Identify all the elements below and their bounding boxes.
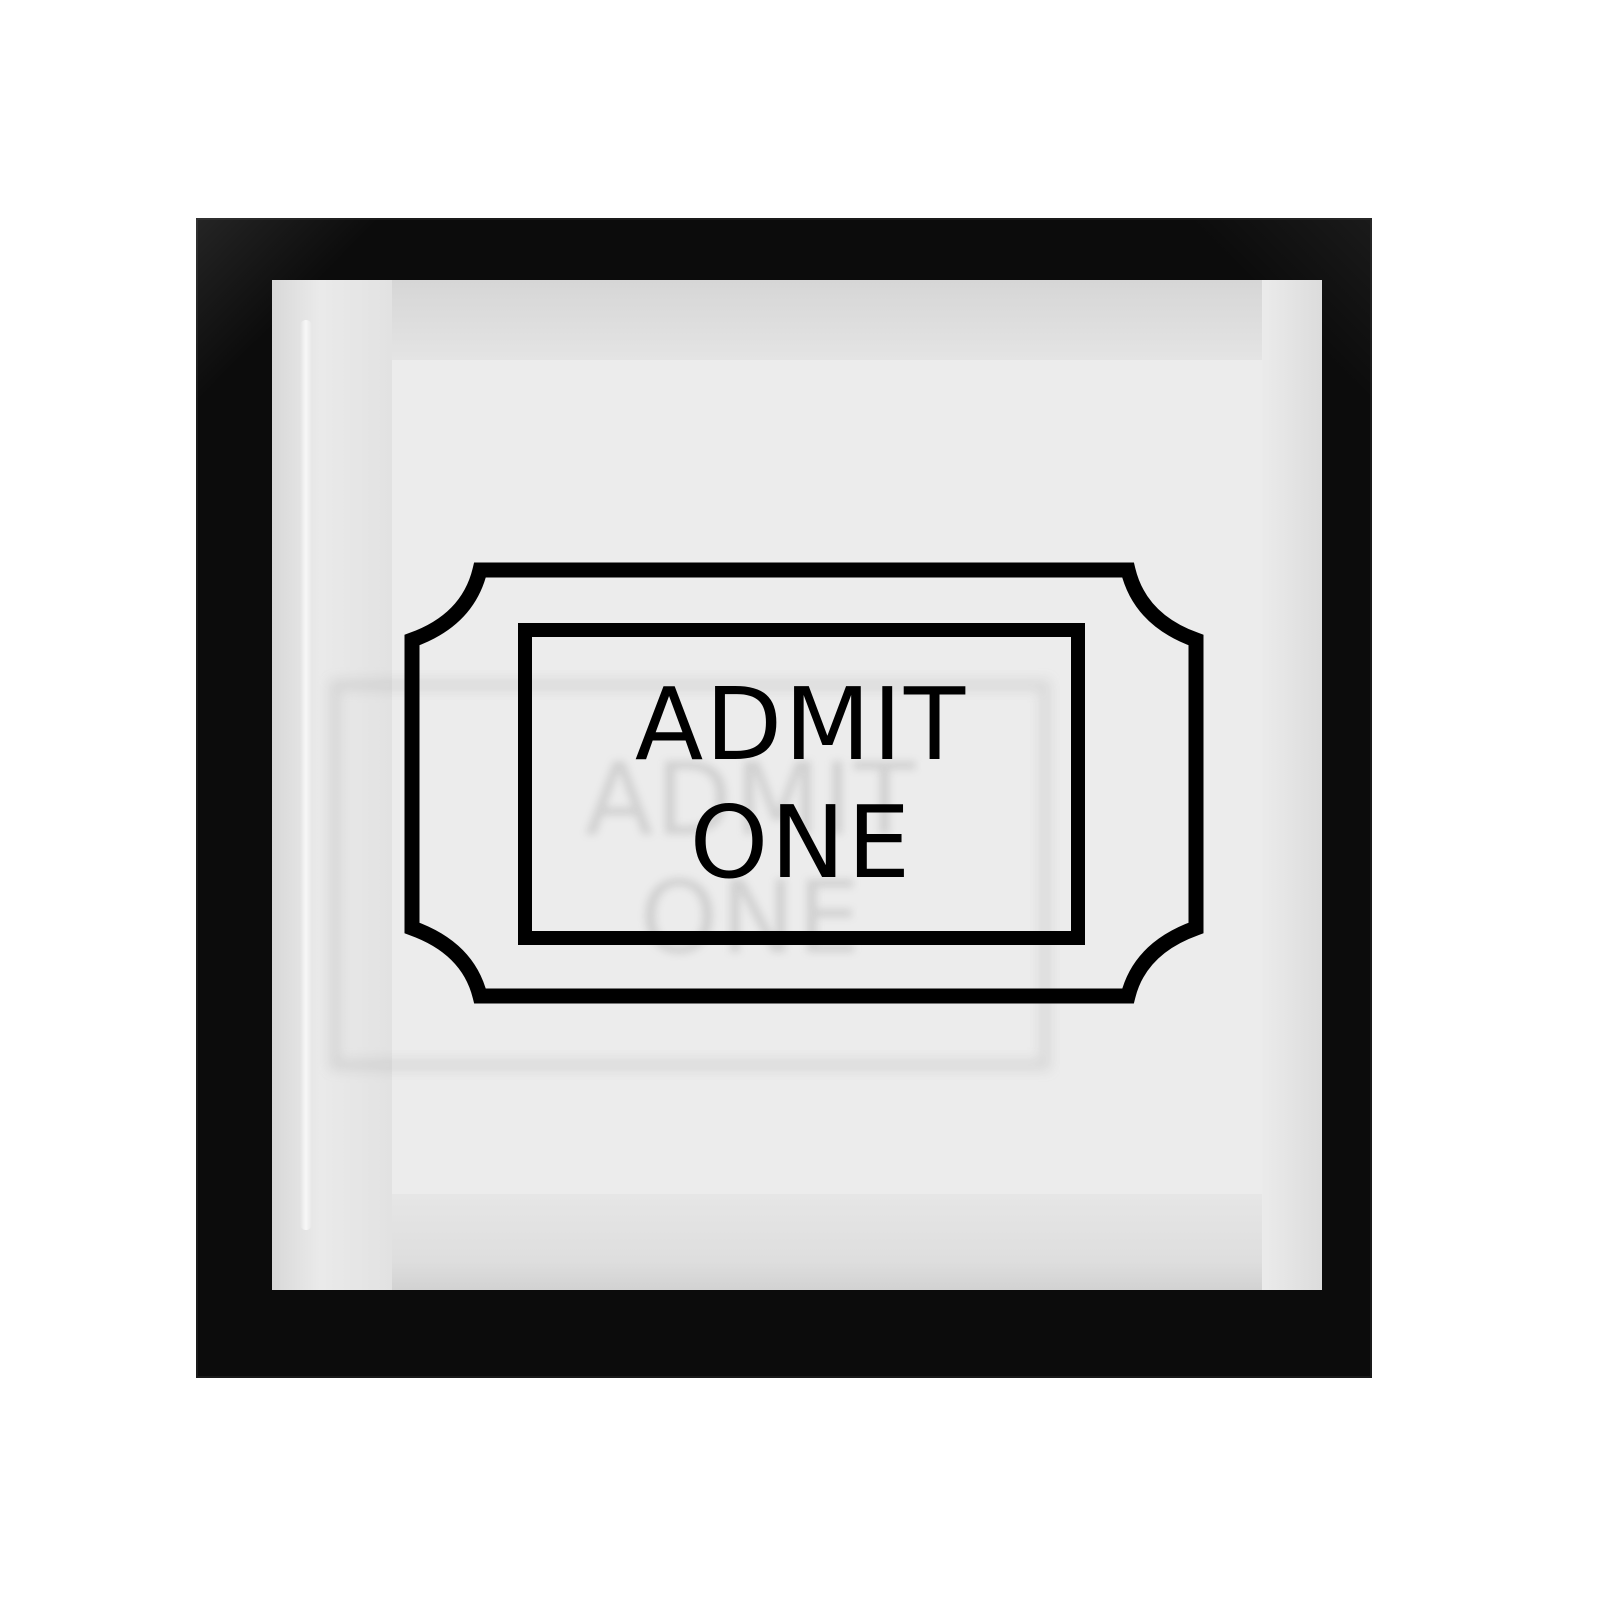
ticket-line-2: ONE <box>690 784 913 902</box>
ticket-text: ADMIT ONE <box>520 625 1082 942</box>
ticket-line-1: ADMIT <box>635 666 967 784</box>
